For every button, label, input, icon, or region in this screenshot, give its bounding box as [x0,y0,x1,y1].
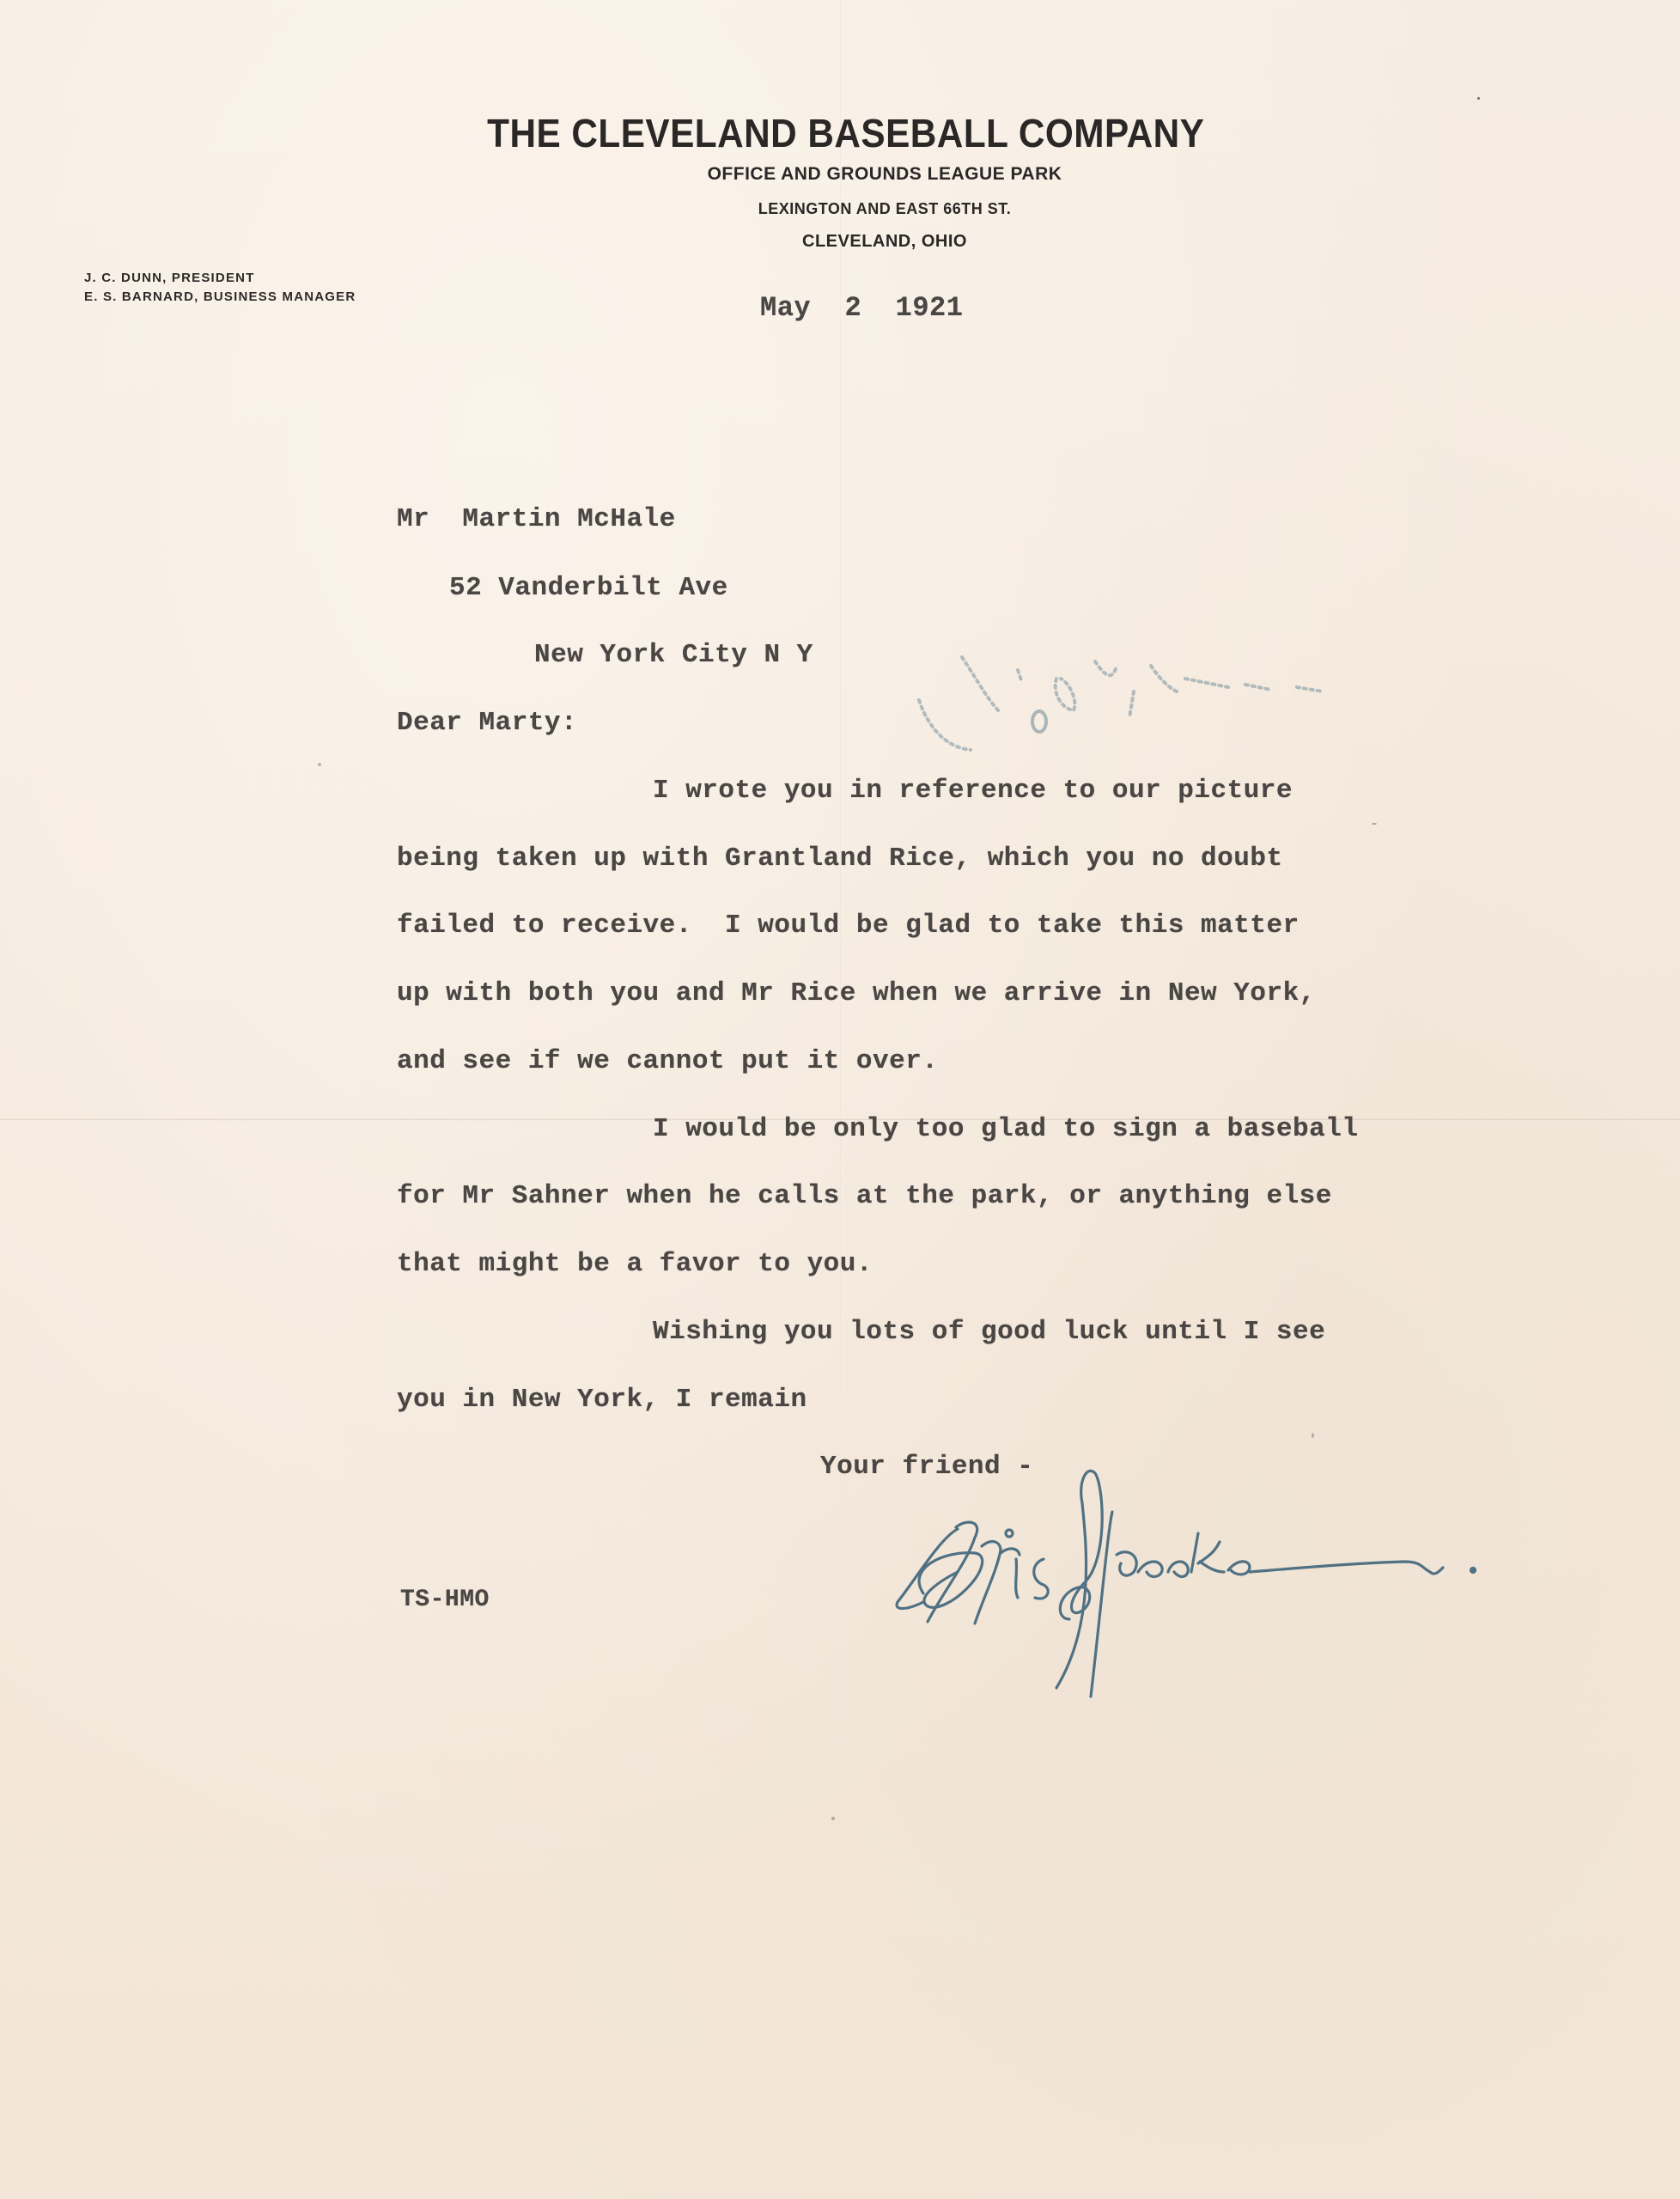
officers-list: J. C. DUNN, PRESIDENT E. S. BARNARD, BUS… [84,269,356,307]
body-line: failed to receive. I would be glad to ta… [397,911,1300,941]
body-line: I would be only too glad to sign a baseb… [653,1114,1358,1144]
paper-speck [1477,97,1480,100]
body-line: up with both you and Mr Rice when we arr… [397,978,1316,1008]
officer-business-manager: E. S. BARNARD, BUSINESS MANAGER [84,288,356,307]
letterhead-company-name: THE CLEVELAND BASEBALL COMPANY [73,110,1619,156]
salutation: Dear Marty: [397,708,577,738]
body-line: you in New York, I remain [397,1385,807,1415]
body-line: that might be a favor to you. [397,1249,873,1279]
letterhead-city: CLEVELAND, OHIO [45,232,1680,252]
body-line: Wishing you lots of good luck until I se… [653,1317,1325,1347]
letterhead-address: LEXINGTON AND EAST 66TH ST. [45,200,1680,218]
recipient-city: New York City N Y [534,640,813,670]
officer-president: J. C. DUNN, PRESIDENT [84,269,356,288]
paper-speck [831,1817,835,1820]
letterhead-office: OFFICE AND GROUNDS LEAGUE PARK [45,164,1680,185]
handwritten-signature [872,1452,1628,1701]
body-line: being taken up with Grantland Rice, whic… [397,844,1283,874]
reference-initials: TS-HMO [400,1587,490,1613]
recipient-name: Mr Martin McHale [397,504,676,534]
vertical-fold-crease [840,0,842,2199]
recipient-street: 52 Vanderbilt Ave [449,573,728,603]
body-line: for Mr Sahner when he calls at the park,… [397,1181,1332,1211]
letter-date: May 2 1921 [760,292,963,324]
paper-speck [1372,823,1377,825]
body-line: and see if we cannot put it over. [397,1046,938,1076]
paper-speck [1312,1433,1314,1438]
body-line: I wrote you in reference to our picture [653,776,1293,806]
ink-offset-mark [902,640,1486,752]
paper-speck [318,763,321,766]
